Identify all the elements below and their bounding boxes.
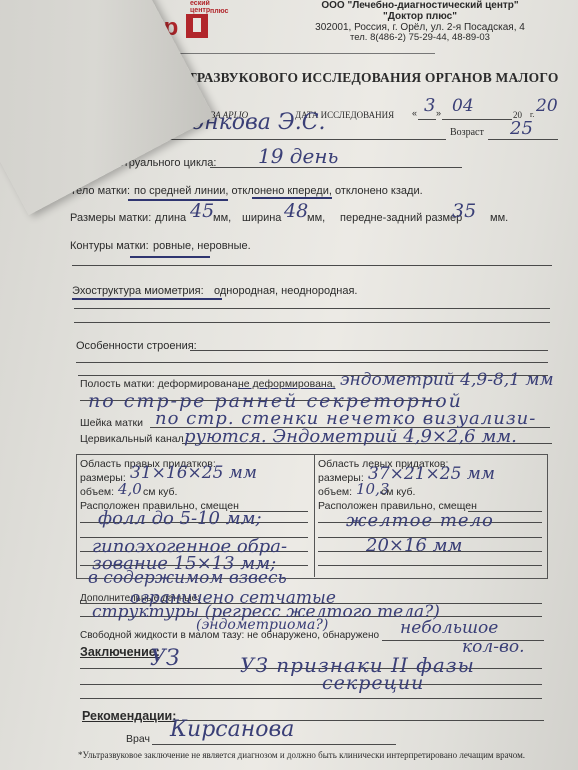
date-day[interactable]: 3 xyxy=(424,95,435,116)
left-volume-label: объем: xyxy=(318,486,352,498)
length-unit: мм, xyxy=(213,212,231,224)
cycle-value[interactable]: 19 день xyxy=(258,144,338,168)
conclusion-note-2[interactable]: секреции xyxy=(322,672,424,694)
date-year[interactable]: 20 xyxy=(536,96,558,116)
logo-plus-text: плюс xyxy=(210,8,228,15)
canal-note[interactable]: руются. Эндометрий 4,9×2,6 мм. xyxy=(184,426,517,447)
contours-label: Контуры матки: xyxy=(70,240,149,252)
ap-unit: мм. xyxy=(490,212,508,224)
cervix-label: Шейка матки xyxy=(80,417,143,429)
width-label: ширина xyxy=(242,212,281,224)
age-value[interactable]: 25 xyxy=(510,118,533,139)
sizes-label: Размеры матки: xyxy=(70,212,151,224)
date-month[interactable]: 04 xyxy=(452,96,474,116)
free-fluid-label: Свободной жидкости в малом тазу: не обна… xyxy=(80,630,379,641)
echostructure-label: Эхоструктура миометрия: xyxy=(72,285,204,297)
recommendations-label: Рекомендации: xyxy=(82,709,176,723)
additional-note-1[interactable]: в содержимом взвесь xyxy=(88,568,287,588)
org-phone: тел. 8(486-2) 75-29-44, 48-89-03 xyxy=(265,32,575,43)
right-volume-value[interactable]: 4,0 xyxy=(118,480,142,498)
conclusion-uz[interactable]: УЗ xyxy=(150,646,180,671)
left-note-1[interactable]: желтое тело xyxy=(346,510,494,531)
right-size-value[interactable]: 31×16×25 мм xyxy=(130,463,257,483)
cavity-not-deformed: не деформирована, xyxy=(238,378,335,390)
doctor-label: Врач xyxy=(126,733,150,745)
width-unit: мм, xyxy=(307,212,325,224)
uterus-body-options: по средней линии, отклонено кпереди, отк… xyxy=(134,185,423,197)
doctor-signature: Кирсанова xyxy=(170,717,294,742)
length-value[interactable]: 45 xyxy=(190,200,214,222)
free-fluid-note-1[interactable]: небольшое xyxy=(400,618,498,638)
ap-label: передне-задний размер xyxy=(340,212,462,224)
protocol-sheet: еский центр ор плюс ООО "Лечебно-диагнос… xyxy=(0,0,578,770)
conclusion-label: Заключение: xyxy=(80,645,160,659)
length-label: длина xyxy=(155,212,186,224)
echostructure-options: однородная, неоднородная. xyxy=(214,285,357,297)
logo-text-line2: центр xyxy=(190,7,210,14)
ap-value[interactable]: 35 xyxy=(452,200,476,222)
width-value[interactable]: 48 xyxy=(284,200,308,222)
logo-text-line1: еский xyxy=(190,0,210,7)
age-label: Возраст xyxy=(450,127,484,138)
cavity-label: Полость матки: деформирована, xyxy=(80,378,241,390)
org-brand: "Доктор плюс" xyxy=(265,11,575,22)
date-quote-close: » xyxy=(436,108,441,118)
canal-label: Цервикальный канал xyxy=(80,433,184,445)
right-volume-unit: см куб. xyxy=(143,486,177,498)
features-label: Особенности строения: xyxy=(76,340,197,352)
footnote: *Ультразвуковое заключение не является д… xyxy=(78,750,525,760)
left-volume-unit: см куб. xyxy=(381,486,415,498)
right-note-1[interactable]: фолл до 5-10 мм; xyxy=(98,508,262,529)
org-name: ООО "Лечебно-диагностический центр" xyxy=(265,0,575,11)
plus-cross-icon xyxy=(186,14,208,38)
right-volume-label: объем: xyxy=(80,486,114,498)
date-quote-open: « xyxy=(412,108,417,118)
cavity-note-1[interactable]: эндометрий 4,9-8,1 мм xyxy=(340,370,554,390)
contours-options: ровные, неровные. xyxy=(153,240,251,252)
left-note-2[interactable]: 20×16 мм xyxy=(366,535,462,556)
